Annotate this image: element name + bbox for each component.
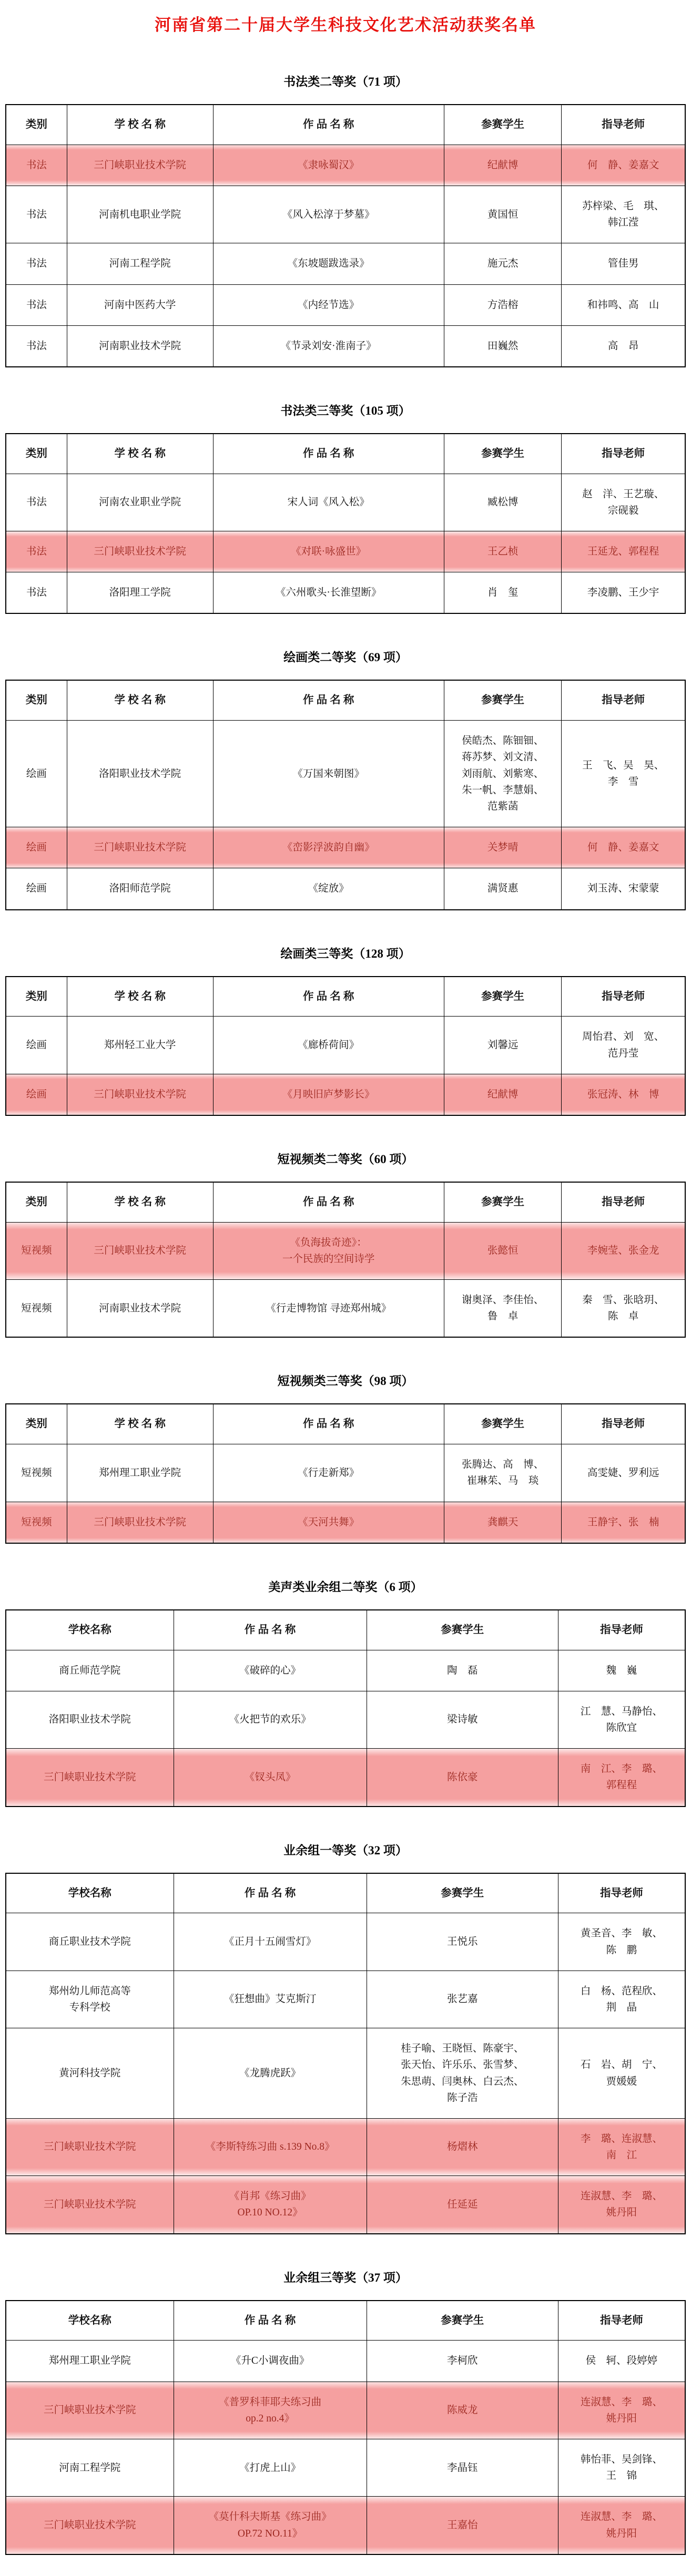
cell: 《峦影浮波韵自幽》 bbox=[213, 827, 444, 868]
cell: 赵 洋、王艺璇、 宗砚毅 bbox=[562, 474, 685, 531]
cell: 《火把节的欢乐》 bbox=[174, 1691, 367, 1748]
cell: 书法 bbox=[6, 284, 67, 325]
cell: 陶 磊 bbox=[367, 1650, 558, 1691]
table-row: 绘画洛阳职业技术学院《万国来朝图》侯皓杰、陈钿钿、 蒋苏梦、刘文清、 刘雨航、刘… bbox=[6, 721, 685, 827]
cell: 《六州歌头·长淮望断》 bbox=[213, 572, 444, 614]
cell: 李凌鹏、王少宇 bbox=[562, 572, 685, 614]
cell: 《风入松淳于梦墓》 bbox=[213, 186, 444, 243]
cell: 三门峡职业技术学院 bbox=[67, 145, 213, 186]
cell: 黄国恒 bbox=[444, 186, 562, 243]
cell: 三门峡职业技术学院 bbox=[67, 1074, 213, 1115]
cell: 刘玉涛、宋蒙蒙 bbox=[562, 868, 685, 910]
cell: 郑州轻工业大学 bbox=[67, 1017, 213, 1074]
award-table: 学校名称作 品 名 称参赛学生指导老师 商丘师范学院《破碎的心》陶 磊魏 巍洛阳… bbox=[5, 1609, 686, 1807]
table-row-highlighted: 三门峡职业技术学院《钗头凤》陈依豪南 江、李 璐、 郭程程 bbox=[6, 1749, 685, 1807]
column-header: 作 品 名 称 bbox=[213, 977, 444, 1017]
cell: 短视频 bbox=[6, 1444, 67, 1502]
cell: 方浩榕 bbox=[444, 284, 562, 325]
cell: 三门峡职业技术学院 bbox=[6, 2176, 174, 2234]
table-row: 短视频河南职业技术学院《行走博物馆 寻迹郑州城》谢奥泽、李佳怡、 鲁 卓秦 雪、… bbox=[6, 1280, 685, 1338]
table-row: 书法河南机电职业学院《风入松淳于梦墓》黄国恒苏梓梁、毛 琪、 韩江滢 bbox=[6, 186, 685, 243]
section-title: 业余组一等奖（32 项） bbox=[0, 1841, 691, 1858]
cell: 陈依豪 bbox=[367, 1749, 558, 1807]
column-header: 指导老师 bbox=[558, 1873, 685, 1913]
cell: 石 岩、胡 宁、 贾媛媛 bbox=[558, 2028, 685, 2119]
column-header: 作 品 名 称 bbox=[213, 105, 444, 145]
table-row-highlighted: 短视频三门峡职业技术学院《天河共舞》龚麒天王静宇、张 楠 bbox=[6, 1502, 685, 1543]
cell: 三门峡职业技术学院 bbox=[6, 1749, 174, 1807]
cell: 短视频 bbox=[6, 1222, 67, 1279]
header-row: 学校名称作 品 名 称参赛学生指导老师 bbox=[6, 1873, 685, 1913]
cell: 书法 bbox=[6, 572, 67, 614]
cell: 魏 巍 bbox=[558, 1650, 685, 1691]
cell: 河南职业技术学院 bbox=[67, 1280, 213, 1338]
table-body: 郑州理工职业学院《升C小调夜曲》李柯欣侯 轲、段婷婷三门峡职业技术学院《普罗科菲… bbox=[6, 2341, 685, 2554]
table-row-highlighted: 三门峡职业技术学院《普罗科菲耶夫练习曲 op.2 no.4》陈威龙连淑慧、李 璐… bbox=[6, 2382, 685, 2439]
cell: 《负海拔奇迹》： 一个民族的空间诗学 bbox=[213, 1222, 444, 1279]
column-header: 类别 bbox=[6, 977, 67, 1017]
header-row: 类别学 校 名 称作 品 名 称参赛学生指导老师 bbox=[6, 1182, 685, 1222]
cell: 绘画 bbox=[6, 827, 67, 868]
award-table: 学校名称作 品 名 称参赛学生指导老师 商丘职业技术学院《正月十五闹雪灯》王悦乐… bbox=[5, 1873, 686, 2234]
cell: 《升C小调夜曲》 bbox=[174, 2341, 367, 2382]
award-table: 类别学 校 名 称作 品 名 称参赛学生指导老师 短视频郑州理工职业学院《行走新… bbox=[5, 1403, 686, 1543]
cell: 三门峡职业技术学院 bbox=[67, 1502, 213, 1543]
cell: 河南工程学院 bbox=[67, 243, 213, 284]
column-header: 指导老师 bbox=[558, 2301, 685, 2341]
column-header: 类别 bbox=[6, 1404, 67, 1444]
cell: 河南职业技术学院 bbox=[67, 325, 213, 367]
column-header: 学校名称 bbox=[6, 2301, 174, 2341]
header-row: 类别学 校 名 称作 品 名 称参赛学生指导老师 bbox=[6, 1404, 685, 1444]
column-header: 作 品 名 称 bbox=[213, 1182, 444, 1222]
column-header: 参赛学生 bbox=[444, 1182, 562, 1222]
table-body: 短视频三门峡职业技术学院《负海拔奇迹》： 一个民族的空间诗学张懿恒李婉莹、张金龙… bbox=[6, 1222, 685, 1337]
table-row-highlighted: 绘画三门峡职业技术学院《峦影浮波韵自幽》关梦晴何 静、姜嘉文 bbox=[6, 827, 685, 868]
award-table: 类别学 校 名 称作 品 名 称参赛学生指导老师 绘画洛阳职业技术学院《万国来朝… bbox=[5, 680, 686, 910]
award-table: 类别学 校 名 称作 品 名 称参赛学生指导老师 短视频三门峡职业技术学院《负海… bbox=[5, 1182, 686, 1338]
column-header: 参赛学生 bbox=[444, 977, 562, 1017]
column-header: 学 校 名 称 bbox=[67, 977, 213, 1017]
column-header: 学校名称 bbox=[6, 1610, 174, 1650]
table-body: 绘画洛阳职业技术学院《万国来朝图》侯皓杰、陈钿钿、 蒋苏梦、刘文清、 刘雨航、刘… bbox=[6, 721, 685, 910]
section-title: 绘画类三等奖（128 项） bbox=[0, 944, 691, 961]
cell: 张冠涛、林 博 bbox=[562, 1074, 685, 1115]
cell: 书法 bbox=[6, 531, 67, 572]
cell: 田巍然 bbox=[444, 325, 562, 367]
cell: 《行走博物馆 寻迹郑州城》 bbox=[213, 1280, 444, 1338]
cell: 任延延 bbox=[367, 2176, 558, 2234]
table-row: 郑州理工职业学院《升C小调夜曲》李柯欣侯 轲、段婷婷 bbox=[6, 2341, 685, 2382]
column-header: 指导老师 bbox=[558, 1610, 685, 1650]
cell: 秦 雪、张晗玥、 陈 卓 bbox=[562, 1280, 685, 1338]
table-row: 书法河南职业技术学院《节录刘安·淮南子》田巍然高 昂 bbox=[6, 325, 685, 367]
award-section: 书法类二等奖（71 项） 类别学 校 名 称作 品 名 称参赛学生指导老师 书法… bbox=[0, 72, 691, 367]
cell: 连淑慧、李 璐、 姚丹阳 bbox=[558, 2497, 685, 2554]
cell: 张懿恒 bbox=[444, 1222, 562, 1279]
column-header: 作 品 名 称 bbox=[213, 680, 444, 720]
cell: 郑州理工职业学院 bbox=[6, 2341, 174, 2382]
table-row: 绘画洛阳师范学院《绽放》满贤惠刘玉涛、宋蒙蒙 bbox=[6, 868, 685, 910]
column-header: 学 校 名 称 bbox=[67, 1182, 213, 1222]
column-header: 指导老师 bbox=[562, 434, 685, 474]
column-header: 类别 bbox=[6, 105, 67, 145]
award-section: 绘画类三等奖（128 项） 类别学 校 名 称作 品 名 称参赛学生指导老师 绘… bbox=[0, 944, 691, 1116]
cell: 王悦乐 bbox=[367, 1913, 558, 1971]
cell: 连淑慧、李 璐、 姚丹阳 bbox=[558, 2176, 685, 2234]
award-section: 绘画类二等奖（69 项） 类别学 校 名 称作 品 名 称参赛学生指导老师 绘画… bbox=[0, 648, 691, 910]
cell: 和祎鸣、高 山 bbox=[562, 284, 685, 325]
cell: 《隶咏蜀汉》 bbox=[213, 145, 444, 186]
header-row: 类别学 校 名 称作 品 名 称参赛学生指导老师 bbox=[6, 434, 685, 474]
table-row: 商丘职业技术学院《正月十五闹雪灯》王悦乐黄圣音、李 敏、 陈 鹏 bbox=[6, 1913, 685, 1971]
column-header: 学 校 名 称 bbox=[67, 105, 213, 145]
column-header: 指导老师 bbox=[562, 977, 685, 1017]
cell: 何 静、姜嘉文 bbox=[562, 145, 685, 186]
table-row: 书法河南中医药大学《内经节选》方浩榕和祎鸣、高 山 bbox=[6, 284, 685, 325]
cell: 《狂想曲》艾克斯汀 bbox=[174, 1971, 367, 2028]
cell: 《李斯特练习曲 s.139 No.8》 bbox=[174, 2118, 367, 2175]
cell: 商丘师范学院 bbox=[6, 1650, 174, 1691]
cell: 王延龙、郭程程 bbox=[562, 531, 685, 572]
table-row-highlighted: 三门峡职业技术学院《肖邦《练习曲》 OP.10 NO.12》任延延连淑慧、李 璐… bbox=[6, 2176, 685, 2234]
cell: 绘画 bbox=[6, 1074, 67, 1115]
cell: 韩怡菲、吴剑锋、 王 锦 bbox=[558, 2439, 685, 2496]
cell: 高 昂 bbox=[562, 325, 685, 367]
column-header: 指导老师 bbox=[562, 105, 685, 145]
cell: 河南机电职业学院 bbox=[67, 186, 213, 243]
table-row: 商丘师范学院《破碎的心》陶 磊魏 巍 bbox=[6, 1650, 685, 1691]
cell: 河南中医药大学 bbox=[67, 284, 213, 325]
cell: 绘画 bbox=[6, 1017, 67, 1074]
award-table: 类别学 校 名 称作 品 名 称参赛学生指导老师 书法三门峡职业技术学院《隶咏蜀… bbox=[5, 104, 686, 367]
cell: 李晶钰 bbox=[367, 2439, 558, 2496]
cell: 河南工程学院 bbox=[6, 2439, 174, 2496]
table-row-highlighted: 书法三门峡职业技术学院《隶咏蜀汉》纪献博何 静、姜嘉文 bbox=[6, 145, 685, 186]
cell: 《月映旧庐梦影长》 bbox=[213, 1074, 444, 1115]
award-section: 业余组三等奖（37 项） 学校名称作 品 名 称参赛学生指导老师 郑州理工职业学… bbox=[0, 2268, 691, 2555]
cell: 黄河科技学院 bbox=[6, 2028, 174, 2119]
award-section: 美声类业余组二等奖（6 项） 学校名称作 品 名 称参赛学生指导老师 商丘师范学… bbox=[0, 1577, 691, 1807]
cell: 纪献博 bbox=[444, 145, 562, 186]
cell: 桂子喻、王晓恒、陈豪宇、 张天怡、许乐乐、张雪梦、 朱思萌、闫奥林、白云杰、 陈… bbox=[367, 2028, 558, 2119]
cell: 三门峡职业技术学院 bbox=[6, 2382, 174, 2439]
column-header: 作 品 名 称 bbox=[174, 1610, 367, 1650]
cell: 书法 bbox=[6, 325, 67, 367]
header-row: 学校名称作 品 名 称参赛学生指导老师 bbox=[6, 1610, 685, 1650]
document-page: 河南省第二十届大学生科技文化艺术活动获奖名单 书法类二等奖（71 项） 类别学 … bbox=[0, 0, 691, 2576]
cell: 周怡君、刘 宽、 范丹莹 bbox=[562, 1017, 685, 1074]
header-row: 类别学 校 名 称作 品 名 称参赛学生指导老师 bbox=[6, 680, 685, 720]
table-body: 商丘职业技术学院《正月十五闹雪灯》王悦乐黄圣音、李 敏、 陈 鹏郑州幼儿师范高等… bbox=[6, 1913, 685, 2234]
table-row-highlighted: 三门峡职业技术学院《莫什科夫斯基《练习曲》 OP.72 NO.11》王嘉怡连淑慧… bbox=[6, 2497, 685, 2554]
cell: 《对联·咏盛世》 bbox=[213, 531, 444, 572]
cell: 三门峡职业技术学院 bbox=[6, 2497, 174, 2554]
cell: 连淑慧、李 璐、 姚丹阳 bbox=[558, 2382, 685, 2439]
column-header: 参赛学生 bbox=[444, 105, 562, 145]
table-row: 书法洛阳理工学院《六州歌头·长淮望断》肖 玺李凌鹏、王少宇 bbox=[6, 572, 685, 614]
cell: 黄圣音、李 敏、 陈 鹏 bbox=[558, 1913, 685, 1971]
cell: 郑州理工职业学院 bbox=[67, 1444, 213, 1502]
section-title: 短视频类三等奖（98 项） bbox=[0, 1371, 691, 1389]
section-title: 业余组三等奖（37 项） bbox=[0, 2268, 691, 2285]
cell: 短视频 bbox=[6, 1502, 67, 1543]
table-row: 河南工程学院《打虎上山》李晶钰韩怡菲、吴剑锋、 王 锦 bbox=[6, 2439, 685, 2496]
cell: 满贤惠 bbox=[444, 868, 562, 910]
cell: 《打虎上山》 bbox=[174, 2439, 367, 2496]
cell: 河南农业职业学院 bbox=[67, 474, 213, 531]
table-body: 绘画郑州轻工业大学《廊桥荷间》刘馨远周怡君、刘 宽、 范丹莹绘画三门峡职业技术学… bbox=[6, 1017, 685, 1115]
cell: 李 璐、连淑慧、 南 江 bbox=[558, 2118, 685, 2175]
cell: 施元杰 bbox=[444, 243, 562, 284]
cell: 《行走新郑》 bbox=[213, 1444, 444, 1502]
cell: 侯皓杰、陈钿钿、 蒋苏梦、刘文清、 刘雨航、刘紫寒、 朱一帆、李慧娟、 范紫菡 bbox=[444, 721, 562, 827]
cell: 《破碎的心》 bbox=[174, 1650, 367, 1691]
cell: 《东坡题跋选录》 bbox=[213, 243, 444, 284]
cell: 《天河共舞》 bbox=[213, 1502, 444, 1543]
table-row: 郑州幼儿师范高等 专科学校《狂想曲》艾克斯汀张艺嘉白 杨、范程欣、 荆 晶 bbox=[6, 1971, 685, 2028]
column-header: 指导老师 bbox=[562, 1404, 685, 1444]
cell: 《普罗科菲耶夫练习曲 op.2 no.4》 bbox=[174, 2382, 367, 2439]
cell: 张艺嘉 bbox=[367, 1971, 558, 2028]
sections-container: 书法类二等奖（71 项） 类别学 校 名 称作 品 名 称参赛学生指导老师 书法… bbox=[0, 72, 691, 2555]
table-row: 绘画郑州轻工业大学《廊桥荷间》刘馨远周怡君、刘 宽、 范丹莹 bbox=[6, 1017, 685, 1074]
column-header: 类别 bbox=[6, 434, 67, 474]
cell: 张腾达、高 博、 崔琳茱、马 琰 bbox=[444, 1444, 562, 1502]
column-header: 作 品 名 称 bbox=[213, 1404, 444, 1444]
cell: 南 江、李 璐、 郭程程 bbox=[558, 1749, 685, 1807]
section-title: 美声类业余组二等奖（6 项） bbox=[0, 1577, 691, 1595]
cell: 王嘉怡 bbox=[367, 2497, 558, 2554]
page-title: 河南省第二十届大学生科技文化艺术活动获奖名单 bbox=[0, 0, 691, 35]
award-table: 类别学 校 名 称作 品 名 称参赛学生指导老师 书法河南农业职业学院宋人词《风… bbox=[5, 433, 686, 614]
cell: 王乙桢 bbox=[444, 531, 562, 572]
cell: 《节录刘安·淮南子》 bbox=[213, 325, 444, 367]
cell: 书法 bbox=[6, 145, 67, 186]
column-header: 参赛学生 bbox=[444, 434, 562, 474]
cell: 商丘职业技术学院 bbox=[6, 1913, 174, 1971]
cell: 宋人词《风入松》 bbox=[213, 474, 444, 531]
cell: 龚麒天 bbox=[444, 1502, 562, 1543]
cell: 李柯欣 bbox=[367, 2341, 558, 2382]
cell: 陈威龙 bbox=[367, 2382, 558, 2439]
cell: 三门峡职业技术学院 bbox=[67, 827, 213, 868]
table-body: 短视频郑州理工职业学院《行走新郑》张腾达、高 博、 崔琳茱、马 琰高雯婕、罗利远… bbox=[6, 1444, 685, 1543]
table-body: 书法河南农业职业学院宋人词《风入松》臧松博赵 洋、王艺璇、 宗砚毅书法三门峡职业… bbox=[6, 474, 685, 613]
cell: 洛阳理工学院 bbox=[67, 572, 213, 614]
award-table: 学校名称作 品 名 称参赛学生指导老师 郑州理工职业学院《升C小调夜曲》李柯欣侯… bbox=[5, 2300, 686, 2555]
column-header: 指导老师 bbox=[562, 1182, 685, 1222]
column-header: 作 品 名 称 bbox=[174, 2301, 367, 2341]
table-row-highlighted: 绘画三门峡职业技术学院《月映旧庐梦影长》纪献博张冠涛、林 博 bbox=[6, 1074, 685, 1115]
cell: 李婉莹、张金龙 bbox=[562, 1222, 685, 1279]
cell: 关梦晴 bbox=[444, 827, 562, 868]
table-row: 洛阳职业技术学院《火把节的欢乐》梁诗敏江 慧、马静怡、 陈欣宜 bbox=[6, 1691, 685, 1748]
column-header: 学 校 名 称 bbox=[67, 434, 213, 474]
header-row: 学校名称作 品 名 称参赛学生指导老师 bbox=[6, 2301, 685, 2341]
cell: 绘画 bbox=[6, 721, 67, 827]
table-row-highlighted: 书法三门峡职业技术学院《对联·咏盛世》王乙桢王延龙、郭程程 bbox=[6, 531, 685, 572]
cell: 三门峡职业技术学院 bbox=[67, 1222, 213, 1279]
cell: 《绽放》 bbox=[213, 868, 444, 910]
cell: 三门峡职业技术学院 bbox=[6, 2118, 174, 2175]
column-header: 学 校 名 称 bbox=[67, 1404, 213, 1444]
cell: 书法 bbox=[6, 243, 67, 284]
column-header: 作 品 名 称 bbox=[174, 1873, 367, 1913]
cell: 洛阳职业技术学院 bbox=[67, 721, 213, 827]
cell: 《内经节选》 bbox=[213, 284, 444, 325]
section-title: 书法类二等奖（71 项） bbox=[0, 72, 691, 89]
cell: 何 静、姜嘉文 bbox=[562, 827, 685, 868]
column-header: 参赛学生 bbox=[367, 1873, 558, 1913]
cell: 刘馨远 bbox=[444, 1017, 562, 1074]
column-header: 参赛学生 bbox=[444, 680, 562, 720]
cell: 《龙腾虎跃》 bbox=[174, 2028, 367, 2119]
cell: 《正月十五闹雪灯》 bbox=[174, 1913, 367, 1971]
cell: 梁诗敏 bbox=[367, 1691, 558, 1748]
cell: 高雯婕、罗利远 bbox=[562, 1444, 685, 1502]
cell: 王静宇、张 楠 bbox=[562, 1502, 685, 1543]
column-header: 参赛学生 bbox=[444, 1404, 562, 1444]
section-title: 短视频类二等奖（60 项） bbox=[0, 1150, 691, 1167]
award-section: 短视频类三等奖（98 项） 类别学 校 名 称作 品 名 称参赛学生指导老师 短… bbox=[0, 1371, 691, 1543]
cell: 《钗头凤》 bbox=[174, 1749, 367, 1807]
cell: 郑州幼儿师范高等 专科学校 bbox=[6, 1971, 174, 2028]
column-header: 指导老师 bbox=[562, 680, 685, 720]
cell: 管佳男 bbox=[562, 243, 685, 284]
cell: 三门峡职业技术学院 bbox=[67, 531, 213, 572]
section-title: 书法类三等奖（105 项） bbox=[0, 401, 691, 418]
header-row: 类别学 校 名 称作 品 名 称参赛学生指导老师 bbox=[6, 977, 685, 1017]
cell: 侯 轲、段婷婷 bbox=[558, 2341, 685, 2382]
cell: 洛阳职业技术学院 bbox=[6, 1691, 174, 1748]
cell: 短视频 bbox=[6, 1280, 67, 1338]
table-body: 书法三门峡职业技术学院《隶咏蜀汉》纪献博何 静、姜嘉文书法河南机电职业学院《风入… bbox=[6, 145, 685, 367]
table-body: 商丘师范学院《破碎的心》陶 磊魏 巍洛阳职业技术学院《火把节的欢乐》梁诗敏江 慧… bbox=[6, 1650, 685, 1806]
table-row-highlighted: 短视频三门峡职业技术学院《负海拔奇迹》： 一个民族的空间诗学张懿恒李婉莹、张金龙 bbox=[6, 1222, 685, 1279]
table-row: 黄河科技学院《龙腾虎跃》桂子喻、王晓恒、陈豪宇、 张天怡、许乐乐、张雪梦、 朱思… bbox=[6, 2028, 685, 2119]
cell: 江 慧、马静怡、 陈欣宜 bbox=[558, 1691, 685, 1748]
column-header: 参赛学生 bbox=[367, 2301, 558, 2341]
award-table: 类别学 校 名 称作 品 名 称参赛学生指导老师 绘画郑州轻工业大学《廊桥荷间》… bbox=[5, 976, 686, 1116]
column-header: 类别 bbox=[6, 680, 67, 720]
column-header: 学 校 名 称 bbox=[67, 680, 213, 720]
table-row: 书法河南农业职业学院宋人词《风入松》臧松博赵 洋、王艺璇、 宗砚毅 bbox=[6, 474, 685, 531]
cell: 《肖邦《练习曲》 OP.10 NO.12》 bbox=[174, 2176, 367, 2234]
cell: 白 杨、范程欣、 荆 晶 bbox=[558, 1971, 685, 2028]
cell: 苏梓梁、毛 琪、 韩江滢 bbox=[562, 186, 685, 243]
award-section: 业余组一等奖（32 项） 学校名称作 品 名 称参赛学生指导老师 商丘职业技术学… bbox=[0, 1841, 691, 2234]
table-row-highlighted: 三门峡职业技术学院《李斯特练习曲 s.139 No.8》杨熠林李 璐、连淑慧、 … bbox=[6, 2118, 685, 2175]
cell: 《万国来朝图》 bbox=[213, 721, 444, 827]
cell: 王 飞、吴 昊、 李 雪 bbox=[562, 721, 685, 827]
cell: 书法 bbox=[6, 474, 67, 531]
cell: 绘画 bbox=[6, 868, 67, 910]
column-header: 参赛学生 bbox=[367, 1610, 558, 1650]
cell: 洛阳师范学院 bbox=[67, 868, 213, 910]
cell: 纪献博 bbox=[444, 1074, 562, 1115]
cell: 肖 玺 bbox=[444, 572, 562, 614]
section-title: 绘画类二等奖（69 项） bbox=[0, 648, 691, 665]
column-header: 学校名称 bbox=[6, 1873, 174, 1913]
award-section: 书法类三等奖（105 项） 类别学 校 名 称作 品 名 称参赛学生指导老师 书… bbox=[0, 401, 691, 614]
cell: 谢奥泽、李佳怡、 鲁 卓 bbox=[444, 1280, 562, 1338]
table-row: 短视频郑州理工职业学院《行走新郑》张腾达、高 博、 崔琳茱、马 琰高雯婕、罗利远 bbox=[6, 1444, 685, 1502]
cell: 《廊桥荷间》 bbox=[213, 1017, 444, 1074]
table-row: 书法河南工程学院《东坡题跋选录》施元杰管佳男 bbox=[6, 243, 685, 284]
cell: 杨熠林 bbox=[367, 2118, 558, 2175]
cell: 《莫什科夫斯基《练习曲》 OP.72 NO.11》 bbox=[174, 2497, 367, 2554]
column-header: 类别 bbox=[6, 1182, 67, 1222]
award-section: 短视频类二等奖（60 项） 类别学 校 名 称作 品 名 称参赛学生指导老师 短… bbox=[0, 1150, 691, 1338]
cell: 臧松博 bbox=[444, 474, 562, 531]
header-row: 类别学 校 名 称作 品 名 称参赛学生指导老师 bbox=[6, 105, 685, 145]
cell: 书法 bbox=[6, 186, 67, 243]
column-header: 作 品 名 称 bbox=[213, 434, 444, 474]
